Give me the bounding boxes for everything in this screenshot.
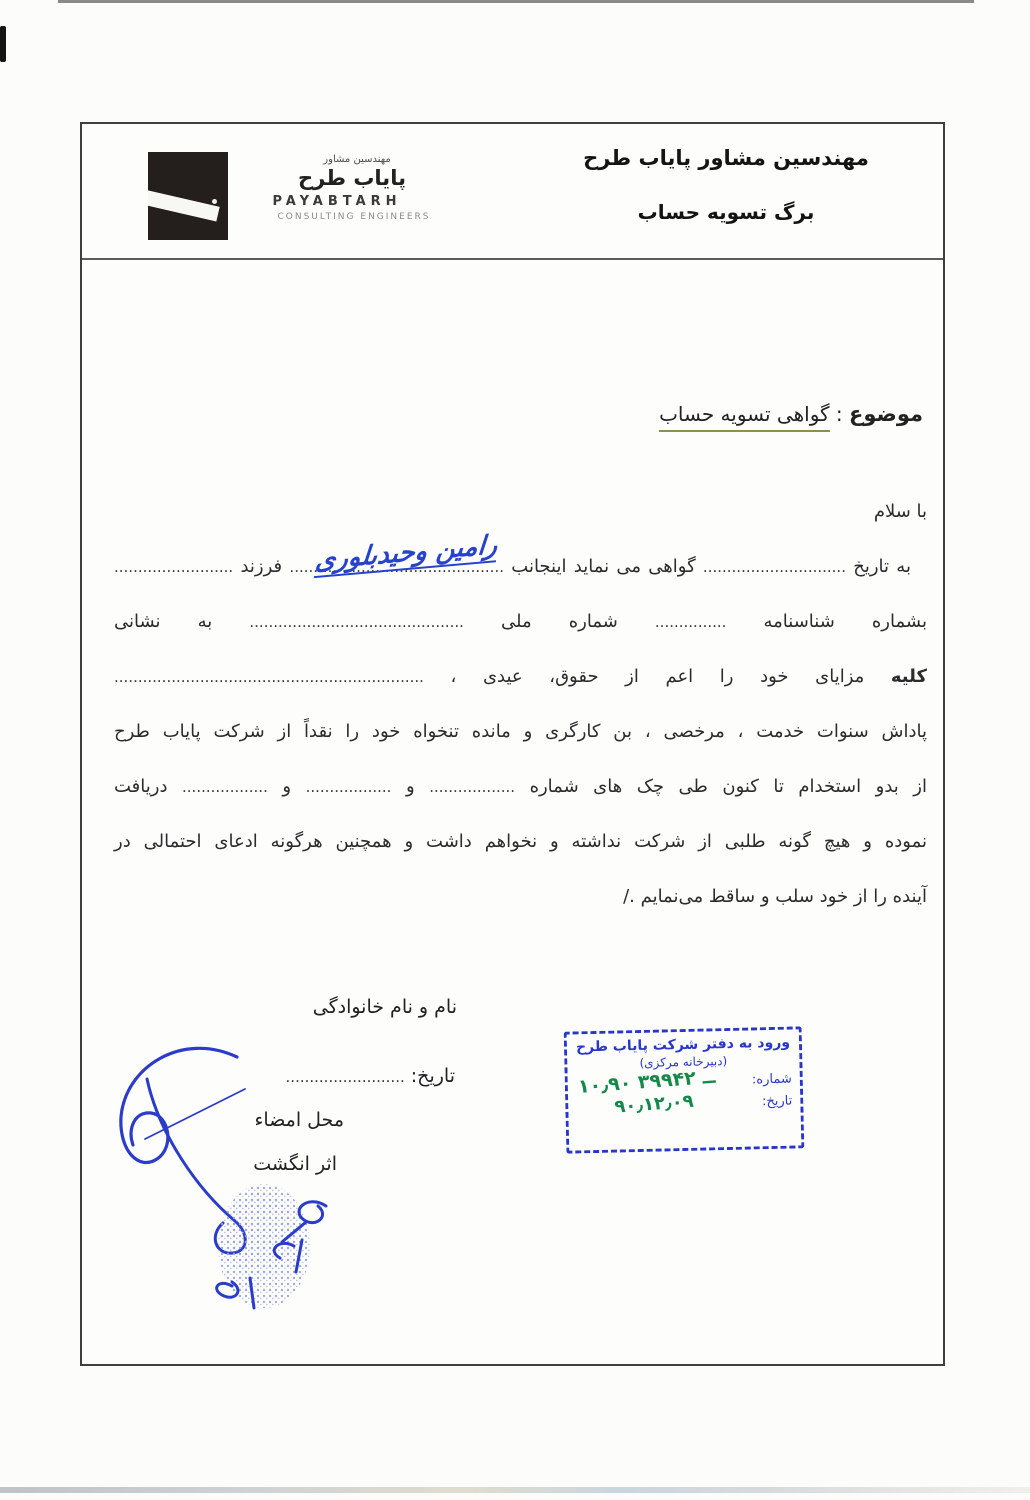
stamp-date-label: تاریخ:	[762, 1094, 793, 1110]
body-line-7: آینده را از خود سلب و ساقط می‌نمایم ./	[114, 869, 927, 924]
office-entry-stamp: ورود به دفتر شرکت پایاب طرح (دبیرخانه مر…	[564, 1026, 805, 1153]
letter-body: با سلام به تاریخ .......................…	[114, 484, 927, 924]
line2-text-b: شماره ملی	[501, 611, 618, 632]
logo-dot	[212, 199, 217, 204]
fullname-label: نام و نام خانوادگی	[292, 996, 457, 1018]
line1-text-b: گواهی می نماید اینجانب	[511, 556, 695, 577]
body-line-1: به تاریخ .............................. …	[114, 539, 927, 594]
cheque-number-blank-3: ..................	[182, 778, 268, 796]
scan-top-edge-artifact	[58, 0, 974, 3]
greeting: با سلام	[114, 484, 927, 539]
company-logo-icon	[148, 152, 228, 240]
body-line-4: پاداش سنوات خدمت ، مرخصی ، بن کارگری و م…	[114, 704, 927, 759]
document-sheet: مهندسین مشاور پایاب طرح PAYABTARH CONSUL…	[80, 122, 945, 1366]
logo-fa-name: پایاب طرح	[232, 166, 442, 190]
logo-fa-tagline: مهندسین مشاور	[232, 154, 442, 165]
line3-text: مزایای خود را اعم از حقوق، عیدی ،	[451, 666, 865, 687]
id-number-blank-field: ...............	[655, 613, 727, 631]
father-name-blank-field: .........................	[114, 558, 233, 576]
logo-latin-sub: CONSULTING ENGINEERS	[232, 212, 442, 222]
subject-label: موضوع	[849, 402, 923, 426]
line1-text-a: به تاریخ	[853, 556, 911, 577]
letterhead: مهندسین مشاور پایاب طرح PAYABTARH CONSUL…	[82, 124, 943, 260]
name-blank-field: ........................................…	[282, 556, 504, 577]
date-label: تاریخ:	[411, 1065, 455, 1087]
fingerprint	[202, 1174, 342, 1319]
scan-bottom-streak-artifact	[0, 1487, 1030, 1493]
national-id-blank-field: ........................................…	[249, 613, 464, 631]
line1-text-c: فرزند	[240, 556, 282, 577]
line3-bold-word: کلیه	[891, 666, 927, 687]
cheque-number-blank-2: ..................	[306, 778, 392, 796]
cheque-number-blank-1: ..................	[429, 778, 515, 796]
date-blank-field: ..............................	[703, 558, 846, 576]
address-blank-field: ........................................…	[114, 668, 424, 686]
stamp-number-label: شماره:	[752, 1071, 792, 1087]
line5-and-2: و	[282, 776, 291, 797]
line5-and-1: و	[406, 776, 415, 797]
subject-value: گواهی تسویه حساب	[659, 402, 830, 432]
line2-text-c: به نشانی	[114, 611, 212, 632]
date-blank: .........................	[286, 1068, 405, 1086]
letterhead-titles: مهندسین مشاور پایاب طرح برگ تسویه حساب	[521, 146, 931, 224]
subject-separator: :	[830, 402, 849, 426]
form-title: برگ تسویه حساب	[521, 200, 931, 224]
logo-wordmark: مهندسین مشاور پایاب طرح PAYABTARH CONSUL…	[232, 154, 442, 222]
stamp-date-value: ۹۰٫۱۲٫۰۹	[614, 1091, 695, 1118]
body-line-5: از بدو استخدام تا کنون طی چک های شماره .…	[114, 759, 927, 814]
body-line-3: کلیه مزایای خود را اعم از حقوق، عیدی ، .…	[114, 649, 927, 704]
body-line-6: نموده و هیچ گونه طلبی از شرکت نداشته و ن…	[114, 814, 927, 869]
logo-stripe	[148, 189, 219, 221]
company-title: مهندسین مشاور پایاب طرح	[521, 146, 931, 170]
subject-line: موضوع : گواهی تسویه حساب	[659, 402, 923, 426]
scan-left-edge-artifact	[0, 26, 6, 62]
line5-text-a: از بدو استخدام تا کنون طی چک های شماره	[530, 776, 927, 797]
body-line-2: بشماره شناسنامه ............... شماره مل…	[114, 594, 927, 649]
line5-text-b: دریافت	[114, 776, 167, 797]
logo-latin-name: PAYABTARH	[232, 194, 442, 209]
line2-text-a: بشماره شناسنامه	[764, 611, 927, 632]
